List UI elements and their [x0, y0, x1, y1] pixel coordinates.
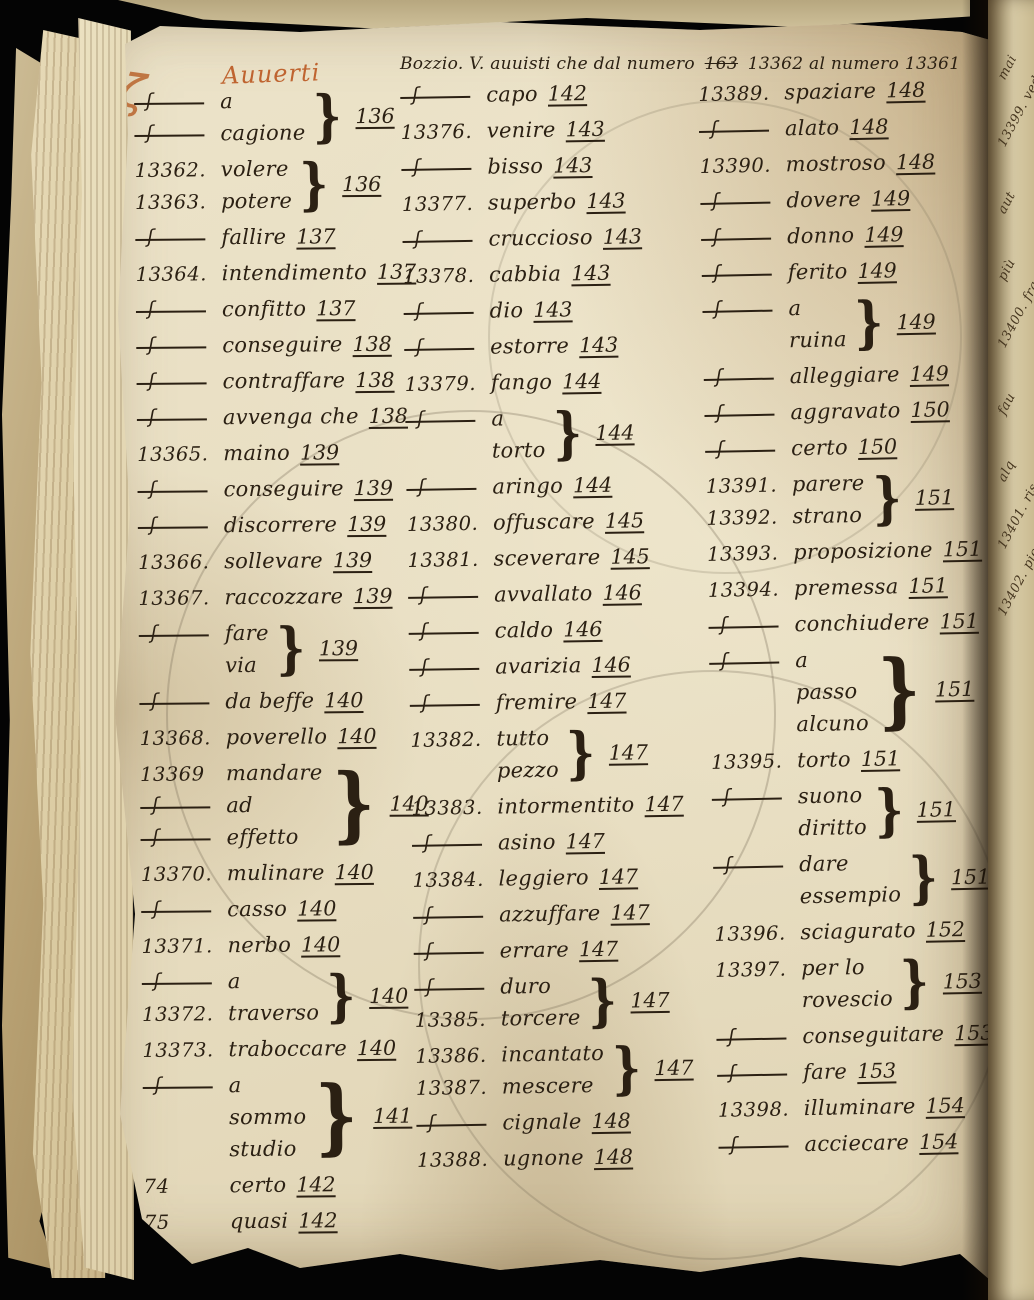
entry-lines: ʃfallire [135, 221, 286, 254]
entry-page-number: 140 [335, 860, 374, 884]
entry-word: sciagurato [800, 918, 916, 944]
entry-word: parere [792, 471, 865, 496]
entry-lines: 13370.mulinare [141, 856, 325, 890]
dash-hook-icon: ʃ [152, 825, 159, 847]
entry-number: ʃ [134, 122, 220, 146]
entry-line: ʃbisso [401, 150, 543, 184]
entry-word: dio [489, 298, 523, 323]
entry-page-number: 148 [849, 114, 889, 139]
entry-word: ugnone [503, 1145, 584, 1170]
group-brace: } [276, 621, 305, 677]
index-entry: 13396.sciagurato152 [714, 912, 990, 950]
index-entry: ʃacciecare154 [718, 1124, 990, 1162]
entry-lines: ʃconseguire [136, 328, 343, 362]
entry-word: essempio [799, 882, 901, 908]
entry-line: essempio [713, 878, 901, 914]
index-entry: 13393.proposizione151 [707, 532, 990, 570]
index-entry: ʃdovere149 [700, 180, 989, 218]
index-entry: ʃfallire137 [135, 220, 407, 254]
dash-hook-icon: ʃ [416, 335, 423, 357]
index-entry: ʃalato148 [699, 108, 988, 146]
ditto-dash-icon: ʃ [134, 134, 204, 137]
entry-word: duro [500, 974, 551, 999]
dash-hook-icon: ʃ [148, 297, 155, 319]
neighbor-page-text: 13401. ris [995, 506, 1029, 552]
entry-page-number: 143 [586, 188, 626, 213]
neighbor-page-text: 13402. pie [995, 573, 1029, 619]
index-entry: 13364.intendimento137 [136, 256, 408, 290]
entry-line: ʃcagione [134, 117, 305, 150]
ditto-dash-icon: ʃ [701, 237, 771, 240]
entry-number: ʃ [134, 90, 220, 114]
neighbor-page-text: fau [995, 372, 1029, 418]
entry-word: mulinare [227, 860, 325, 885]
index-column-3: 13389.spaziare148ʃalato14813390.mostroso… [698, 72, 990, 1165]
entry-lines: 13388.ugnone [417, 1141, 584, 1176]
entry-page-number: 148 [591, 1109, 631, 1134]
entry-word: cruccioso [488, 225, 593, 251]
entry-word: certo [791, 435, 848, 460]
entry-number: 13369 [140, 762, 226, 786]
entry-page-number: 153 [857, 1058, 897, 1083]
ditto-dash-icon: ʃ [142, 982, 212, 985]
entry-lines: 13383.intormentito [411, 788, 635, 824]
entry-lines: ʃcontraffare [136, 364, 345, 398]
entry-lines: 13395.torto [711, 743, 851, 778]
entry-number: 74 [143, 1174, 229, 1198]
entry-line: ʃazzuffare [413, 897, 601, 932]
entry-line: ʃacciecare [718, 1126, 909, 1162]
entry-page-number: 146 [602, 580, 642, 605]
group-brace: } [299, 156, 328, 212]
index-entry: 13398.illuminare154 [718, 1088, 990, 1126]
entry-line: ʃavarizia [409, 649, 582, 684]
entry-number: 13390. [699, 153, 785, 178]
ditto-dash-icon: ʃ [138, 526, 208, 529]
entry-word: estorre [490, 333, 569, 358]
entry-page-number: 144 [573, 473, 613, 498]
entry-page-number: 152 [926, 917, 966, 942]
entry-line: torto [406, 434, 546, 468]
entry-page-number: 143 [565, 117, 605, 142]
entry-line: ʃfare [139, 617, 269, 650]
entry-word: confitto [222, 297, 307, 322]
ditto-dash-icon: ʃ [702, 309, 772, 312]
group-brace: } [313, 88, 342, 144]
index-entry: ʃfremire147 [410, 683, 702, 720]
entry-line: ʃfare [717, 1055, 848, 1089]
entry-number: ʃ [140, 794, 226, 818]
index-entry: ʃasommostudio}141 [143, 1068, 416, 1166]
entry-lines: 13390.mostroso [699, 146, 886, 182]
entry-number: ʃ [402, 227, 488, 251]
ditto-dash-icon: ʃ [136, 346, 206, 349]
index-entry: 13376.venire143 [401, 111, 693, 148]
entry-number: 13395. [711, 749, 797, 774]
group-brace: } [588, 973, 618, 1029]
ditto-dash-icon: ʃ [143, 1086, 213, 1089]
index-entry: ʃaringo144 [406, 467, 698, 504]
entry-number: 13377. [402, 191, 488, 215]
entry-word: ferito [788, 259, 848, 284]
ditto-dash-icon: ʃ [410, 703, 480, 706]
entry-number: 13384. [412, 867, 498, 891]
entry-page-number: 151 [861, 746, 901, 771]
entry-page-number: 140 [324, 688, 363, 712]
entry-page-number: 139 [333, 548, 372, 572]
dash-hook-icon: ʃ [413, 155, 420, 177]
entry-page-number: 140 [301, 932, 340, 956]
header-struck-text: 163 [705, 54, 738, 74]
entry-line: alcuno [710, 707, 869, 742]
entry-number: 13363. [135, 190, 221, 214]
dash-hook-icon: ʃ [415, 299, 422, 321]
entry-line: 13381.sceverare [407, 541, 600, 576]
index-entry: ʃdonno149 [701, 216, 990, 254]
dash-hook-icon: ʃ [151, 621, 158, 643]
entry-word: errare [499, 937, 569, 962]
dash-hook-icon: ʃ [420, 583, 427, 605]
entry-number: 75 [144, 1210, 230, 1234]
entry-lines: ʃbisso [401, 150, 543, 184]
entry-line: ʃduro [414, 969, 580, 1004]
dash-hook-icon: ʃ [721, 649, 728, 671]
neighbor-page-text: aut [995, 171, 1029, 217]
entry-page-number: 148 [594, 1144, 634, 1169]
entry-page-number: 136 [342, 172, 381, 196]
entry-page-number: 149 [896, 309, 936, 334]
entry-page-number: 150 [858, 434, 898, 459]
entry-number: 13383. [411, 795, 497, 819]
entry-line: ʃa [134, 85, 305, 118]
entry-lines: 13367.raccozzare [138, 580, 343, 614]
entry-word: torto [797, 747, 851, 772]
entry-word: sommo [229, 1105, 307, 1130]
entry-line: ʃalato [699, 111, 840, 146]
entry-lines: 13386.incantato13387.mescere [415, 1037, 605, 1104]
ditto-dash-icon: ʃ [409, 631, 479, 634]
ditto-dash-icon: ʃ [705, 449, 775, 452]
entry-number: ʃ [699, 117, 785, 142]
entry-number [143, 1149, 229, 1150]
ditto-dash-icon: ʃ [139, 702, 209, 705]
index-entry: ʃazzuffare147 [413, 895, 705, 932]
entry-number: 13365. [137, 442, 223, 466]
entry-line: ruina [703, 323, 847, 358]
entry-number: 13385. [415, 1007, 501, 1031]
header-prefix: Bozzio. V. auuisti che dal numero [400, 54, 695, 74]
entry-lines: ʃaringo [406, 469, 563, 503]
entry-line: 13365.maino [137, 437, 290, 470]
entry-lines: 13365.maino [137, 437, 290, 470]
entry-word: alato [785, 115, 840, 140]
entry-word: cabbia [489, 261, 562, 286]
entry-lines: ʃavvenga che [137, 400, 359, 434]
entry-line: ʃconseguitare [716, 1017, 944, 1053]
entry-number: 13381. [407, 547, 493, 571]
entry-line: 13386.incantato [415, 1037, 604, 1072]
ditto-dash-icon: ʃ [136, 310, 206, 313]
entry-line: ʃa [143, 1069, 307, 1102]
entry-line: 13395.torto [711, 743, 851, 778]
entry-lines: ʃfremire [410, 685, 578, 720]
entry-word: tutto [496, 726, 549, 751]
index-entry: ʃapassoalcuno}151 [709, 640, 990, 742]
ditto-dash-icon: ʃ [416, 1123, 486, 1126]
entry-line: ʃestorre [404, 329, 569, 364]
dash-hook-icon: ʃ [154, 969, 161, 991]
index-entry: 13371.nerbo140 [141, 928, 413, 962]
index-entry: ʃdareessempio}151 [713, 844, 990, 914]
entry-line: passo [710, 675, 869, 710]
index-column-2: ʃcapo14213376.venire143ʃbisso14313377.su… [400, 75, 709, 1179]
index-entry: 13384.leggiero147 [412, 859, 704, 896]
entry-number: ʃ [414, 939, 500, 963]
index-entry: ʃa13372.traverso}140 [142, 964, 415, 1030]
dash-hook-icon: ʃ [425, 903, 432, 925]
entry-word: cignale [502, 1109, 582, 1134]
entry-line: via [139, 649, 269, 682]
index-entry: 13394.premessa151 [708, 568, 990, 606]
entry-line: sommo [143, 1101, 307, 1134]
entry-page-number: 137 [296, 224, 335, 248]
ditto-dash-icon: ʃ [713, 865, 783, 868]
group-brace: } [854, 294, 884, 351]
dash-hook-icon: ʃ [412, 83, 419, 105]
entry-number: 13392. [706, 505, 792, 530]
entry-number: 13386. [415, 1043, 501, 1067]
entry-number: ʃ [140, 826, 226, 850]
entry-line: ʃcignale [416, 1105, 582, 1140]
ditto-dash-icon: ʃ [139, 634, 209, 637]
entry-number: 13397. [715, 957, 801, 982]
entry-lines: ʃavarizia [409, 649, 582, 684]
entry-word: premessa [794, 574, 899, 600]
entry-word: torto [492, 438, 546, 463]
entry-number: 13391. [706, 473, 792, 498]
entry-line: ʃerrare [413, 933, 569, 967]
entry-page-number: 144 [562, 369, 602, 394]
index-entry: ʃatorto}144 [405, 399, 698, 468]
entry-word: da beffe [225, 688, 314, 713]
entry-line: ʃdiscorrere [138, 508, 338, 542]
entry-number: ʃ [414, 975, 500, 999]
dash-hook-icon: ʃ [414, 227, 421, 249]
entry-word: caldo [494, 618, 553, 643]
entry-word: dare [799, 851, 849, 876]
dash-hook-icon: ʃ [155, 1073, 162, 1095]
entry-number: ʃ [401, 155, 487, 179]
neighbor-page-text: mai [995, 37, 1029, 83]
entry-line: 13384.leggiero [412, 861, 589, 896]
entry-lines: 13378.cabbia [403, 257, 562, 291]
entry-word: a [229, 1073, 242, 1097]
index-entry: ʃfarevia}139 [139, 616, 412, 682]
dash-hook-icon: ʃ [713, 225, 720, 247]
dash-hook-icon: ʃ [421, 655, 428, 677]
entry-lines: ʃduro13385.torcere [414, 969, 581, 1036]
entry-lines: ʃdiscorrere [138, 508, 338, 542]
ditto-dash-icon: ʃ [699, 129, 769, 132]
entry-lines: 13397.per lorovescio [715, 950, 893, 1017]
index-entry: 13362.volere13363.potere}136 [135, 152, 408, 218]
entry-line: 13389.spaziare [698, 75, 876, 110]
entry-number [406, 451, 492, 452]
entry-word: conseguire [223, 476, 344, 501]
entry-number: ʃ [137, 478, 223, 502]
entry-number: ʃ [704, 365, 790, 390]
entry-page-number: 143 [533, 297, 573, 322]
neighbor-page-text: 13399. ved [995, 104, 1029, 150]
entry-number: ʃ [412, 831, 498, 855]
entry-line: 13364.intendimento [136, 256, 368, 290]
entry-lines: ʃcasso [141, 893, 287, 926]
entry-page-number: 140 [369, 984, 408, 1008]
index-entry: ʃaʃcagione}136 [134, 84, 407, 150]
index-entry: ʃferito149 [701, 252, 990, 290]
entry-line: ʃcapo [400, 78, 538, 112]
entry-word: conseguire [222, 332, 343, 357]
entry-word: fango [491, 370, 553, 395]
entry-lines: ʃdio [403, 294, 523, 328]
dash-hook-icon: ʃ [728, 1025, 735, 1047]
entry-word: maino [223, 441, 290, 466]
ditto-dash-icon: ʃ [414, 951, 484, 954]
entry-lines: ʃa13372.traverso [142, 964, 320, 1030]
entry-lines: ʃaggravato [704, 394, 901, 430]
entry-number: ʃ [717, 1061, 803, 1086]
entry-word: conchiudere [794, 610, 930, 637]
entry-line: ʃaggravato [704, 394, 901, 430]
index-entry: ʃconseguire138 [136, 328, 408, 362]
dash-hook-icon: ʃ [146, 121, 153, 143]
index-entry: 13377.superbo143 [402, 183, 694, 220]
entry-line: 74certo [143, 1169, 286, 1202]
entry-word: a [491, 406, 504, 430]
entry-word: fare [225, 621, 269, 645]
index-column-1: ʃaʃcagione}13613362.volere13363.potere}1… [134, 84, 416, 1242]
entry-line: ʃconchiudere [708, 606, 930, 642]
entry-page-number: 147 [610, 900, 650, 925]
entry-number: ʃ [408, 583, 494, 607]
entry-lines: ʃasommostudio [143, 1069, 307, 1166]
entry-page-number: 138 [355, 368, 394, 392]
entry-line: 13397.per lo [715, 950, 893, 985]
entry-word: per lo [801, 955, 865, 980]
entry-number: 13396. [714, 921, 800, 946]
entry-line: 13396.sciagurato [714, 914, 916, 950]
ditto-dash-icon: ʃ [704, 413, 774, 416]
entry-page-number: 143 [571, 261, 611, 286]
index-entry: ʃcerto150 [705, 428, 990, 466]
entry-line: 13372.traverso [142, 996, 319, 1030]
dash-hook-icon: ʃ [428, 1111, 435, 1133]
index-entry: 13370.mulinare140 [141, 856, 413, 890]
entry-number [703, 340, 789, 342]
ditto-dash-icon: ʃ [405, 419, 475, 422]
group-brace: } [612, 1040, 642, 1096]
group-brace: } [877, 649, 921, 732]
dash-hook-icon: ʃ [420, 619, 427, 641]
entry-word: contraffare [222, 368, 345, 393]
index-entry: ʃcapo142 [400, 75, 692, 112]
entry-word: torcere [501, 1005, 581, 1030]
entry-line: 13392.strano [706, 499, 865, 534]
ditto-dash-icon: ʃ [702, 273, 772, 276]
dash-hook-icon: ʃ [146, 89, 153, 111]
entry-number: 13382. [410, 727, 496, 751]
entry-word: acciecare [804, 1130, 909, 1156]
group-brace: } [326, 968, 355, 1024]
entry-number: ʃ [135, 226, 221, 250]
entry-lines: 13398.illuminare [718, 1090, 916, 1126]
index-entry: 13380.offuscare145 [407, 503, 699, 540]
entry-number: 13393. [707, 541, 793, 566]
entry-word: proposizione [793, 538, 933, 565]
index-entry: 13386.incantato13387.mescere}147 [415, 1035, 708, 1104]
entry-lines: ʃconchiudere [708, 606, 930, 642]
ditto-dash-icon: ʃ [141, 838, 211, 841]
ditto-dash-icon: ʃ [409, 667, 479, 670]
entry-line: ʃda beffe [139, 684, 314, 718]
entry-page-number: 154 [925, 1093, 965, 1118]
entry-number: 13378. [403, 263, 489, 287]
index-entry: 13391.parere13392.strano}151 [706, 464, 990, 534]
entry-word: fremire [496, 689, 578, 714]
entry-number [716, 1000, 802, 1002]
entry-number: ʃ [403, 299, 489, 323]
entry-line: 13371.nerbo [141, 929, 291, 962]
entry-line: ʃcasso [141, 893, 287, 926]
header-suffix: 13362 al numero 13361 [748, 54, 961, 74]
neighbor-page-text: più [995, 238, 1029, 284]
entry-number: ʃ [139, 690, 225, 714]
entry-word: raccozzare [224, 584, 343, 609]
index-entry: ʃcignale148 [416, 1103, 708, 1140]
dash-hook-icon: ʃ [418, 475, 425, 497]
entry-line: 13391.parere [706, 467, 865, 502]
dash-hook-icon: ʃ [717, 437, 724, 459]
entry-word: poverello [226, 724, 328, 749]
ditto-dash-icon: ʃ [709, 661, 779, 664]
index-entry: ʃconseguitare153 [716, 1016, 990, 1054]
entry-word: conseguitare [802, 1021, 944, 1048]
entry-line: 13398.illuminare [718, 1090, 916, 1126]
entry-word: fallire [221, 225, 286, 250]
entry-page-number: 144 [595, 420, 635, 445]
ditto-dash-icon: ʃ [138, 490, 208, 493]
index-entry: ʃconchiudere151 [708, 604, 990, 642]
entry-number [143, 1117, 229, 1118]
entry-line: ʃcruccioso [402, 221, 593, 256]
entry-page-number: 149 [871, 186, 911, 211]
entry-lines: ʃacciecare [718, 1126, 909, 1162]
entry-lines: ʃfarevia [139, 617, 270, 682]
group-brace: } [872, 470, 902, 527]
index-entry: ʃestorre143 [404, 327, 696, 364]
entry-line: 13369mandare [140, 756, 323, 790]
index-entry: 74certo142 [143, 1168, 415, 1202]
neighbor-page-text: 13400. fra [995, 305, 1029, 351]
entry-page-number: 137 [316, 296, 355, 320]
entry-lines: ʃsuonodiritto [712, 779, 868, 846]
entry-number: ʃ [702, 261, 788, 286]
entry-line: ʃavvallato [408, 577, 593, 612]
entry-number: 13376. [401, 119, 487, 143]
entry-page-number: 150 [910, 397, 950, 422]
entry-word: via [225, 653, 257, 677]
entry-line: ʃaringo [406, 469, 563, 503]
